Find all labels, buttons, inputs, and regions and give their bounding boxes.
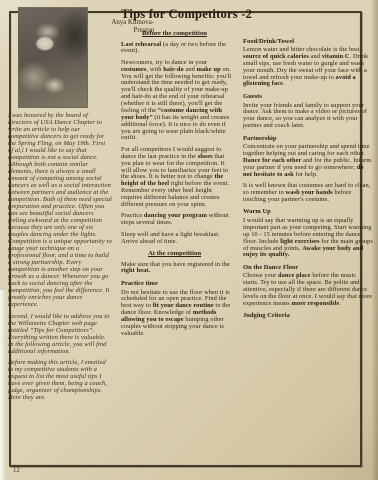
paragraph: For all competitors I would suggest to d…: [121, 147, 234, 209]
paragraph: Do not hesitate to use the floor when it…: [121, 290, 234, 338]
section-heading: On the Dance Floor: [243, 264, 373, 271]
paragraph: Second, I would like to address you to t…: [8, 313, 112, 355]
section-heading: At the competition: [121, 250, 228, 257]
column-right: Food/Drink/TowelLemon water and bitter c…: [243, 6, 373, 476]
section-heading: Guests: [243, 93, 373, 100]
paragraph: Concentrate on your partnership and spen…: [243, 144, 373, 178]
paragraph: Last rehearsal (a day or two before the …: [121, 42, 234, 56]
section-heading: Judging Criteria: [243, 312, 373, 319]
section-heading: Partnership: [243, 135, 373, 142]
paragraph: I would say that warming up is an equall…: [243, 218, 373, 259]
paragraph: Invite your friends and family to suppor…: [243, 103, 373, 131]
section-heading: Food/Drink/Towel: [243, 38, 373, 45]
paragraph: I was honored by the board of directors …: [8, 112, 112, 308]
author-caption: Anya Klimova- Preston: [88, 19, 154, 35]
paragraph: Before making this article, I emailed to…: [8, 359, 112, 401]
paragraph: Choose your dance place before the music…: [243, 273, 373, 307]
column-left: Anya Klimova- Preston I was honored by t…: [8, 6, 112, 476]
page-columns: Anya Klimova- Preston I was honored by t…: [8, 6, 373, 476]
newsletter-page: Anya Klimova- Preston I was honored by t…: [0, 0, 378, 480]
section-heading: Warm Up: [243, 208, 373, 215]
paragraph: Newcomers, try to dance in your costumes…: [121, 60, 234, 143]
paragraph: Lemon water and bitter chocolate is the …: [243, 47, 373, 88]
column-middle: Tips for Competitors -2 Before the compe…: [121, 6, 234, 476]
paragraph: Practice dancing your program without st…: [121, 213, 234, 227]
paragraph: It is well known that costumes are hard …: [243, 183, 373, 204]
paragraph: Make sure that you have registered in th…: [121, 262, 234, 276]
intro-paragraphs: I was honored by the board of directors …: [8, 112, 112, 401]
page-number: 12: [13, 467, 20, 474]
author-photo: [18, 7, 88, 108]
section-heading: Practice time: [121, 280, 234, 287]
right-sections: Food/Drink/TowelLemon water and bitter c…: [243, 38, 373, 320]
paragraph: Sleep well and have a light breakfast. A…: [121, 232, 234, 246]
author-photo-row: Anya Klimova- Preston: [8, 6, 112, 108]
middle-sections: Before the competitionLast rehearsal (a …: [121, 30, 234, 338]
